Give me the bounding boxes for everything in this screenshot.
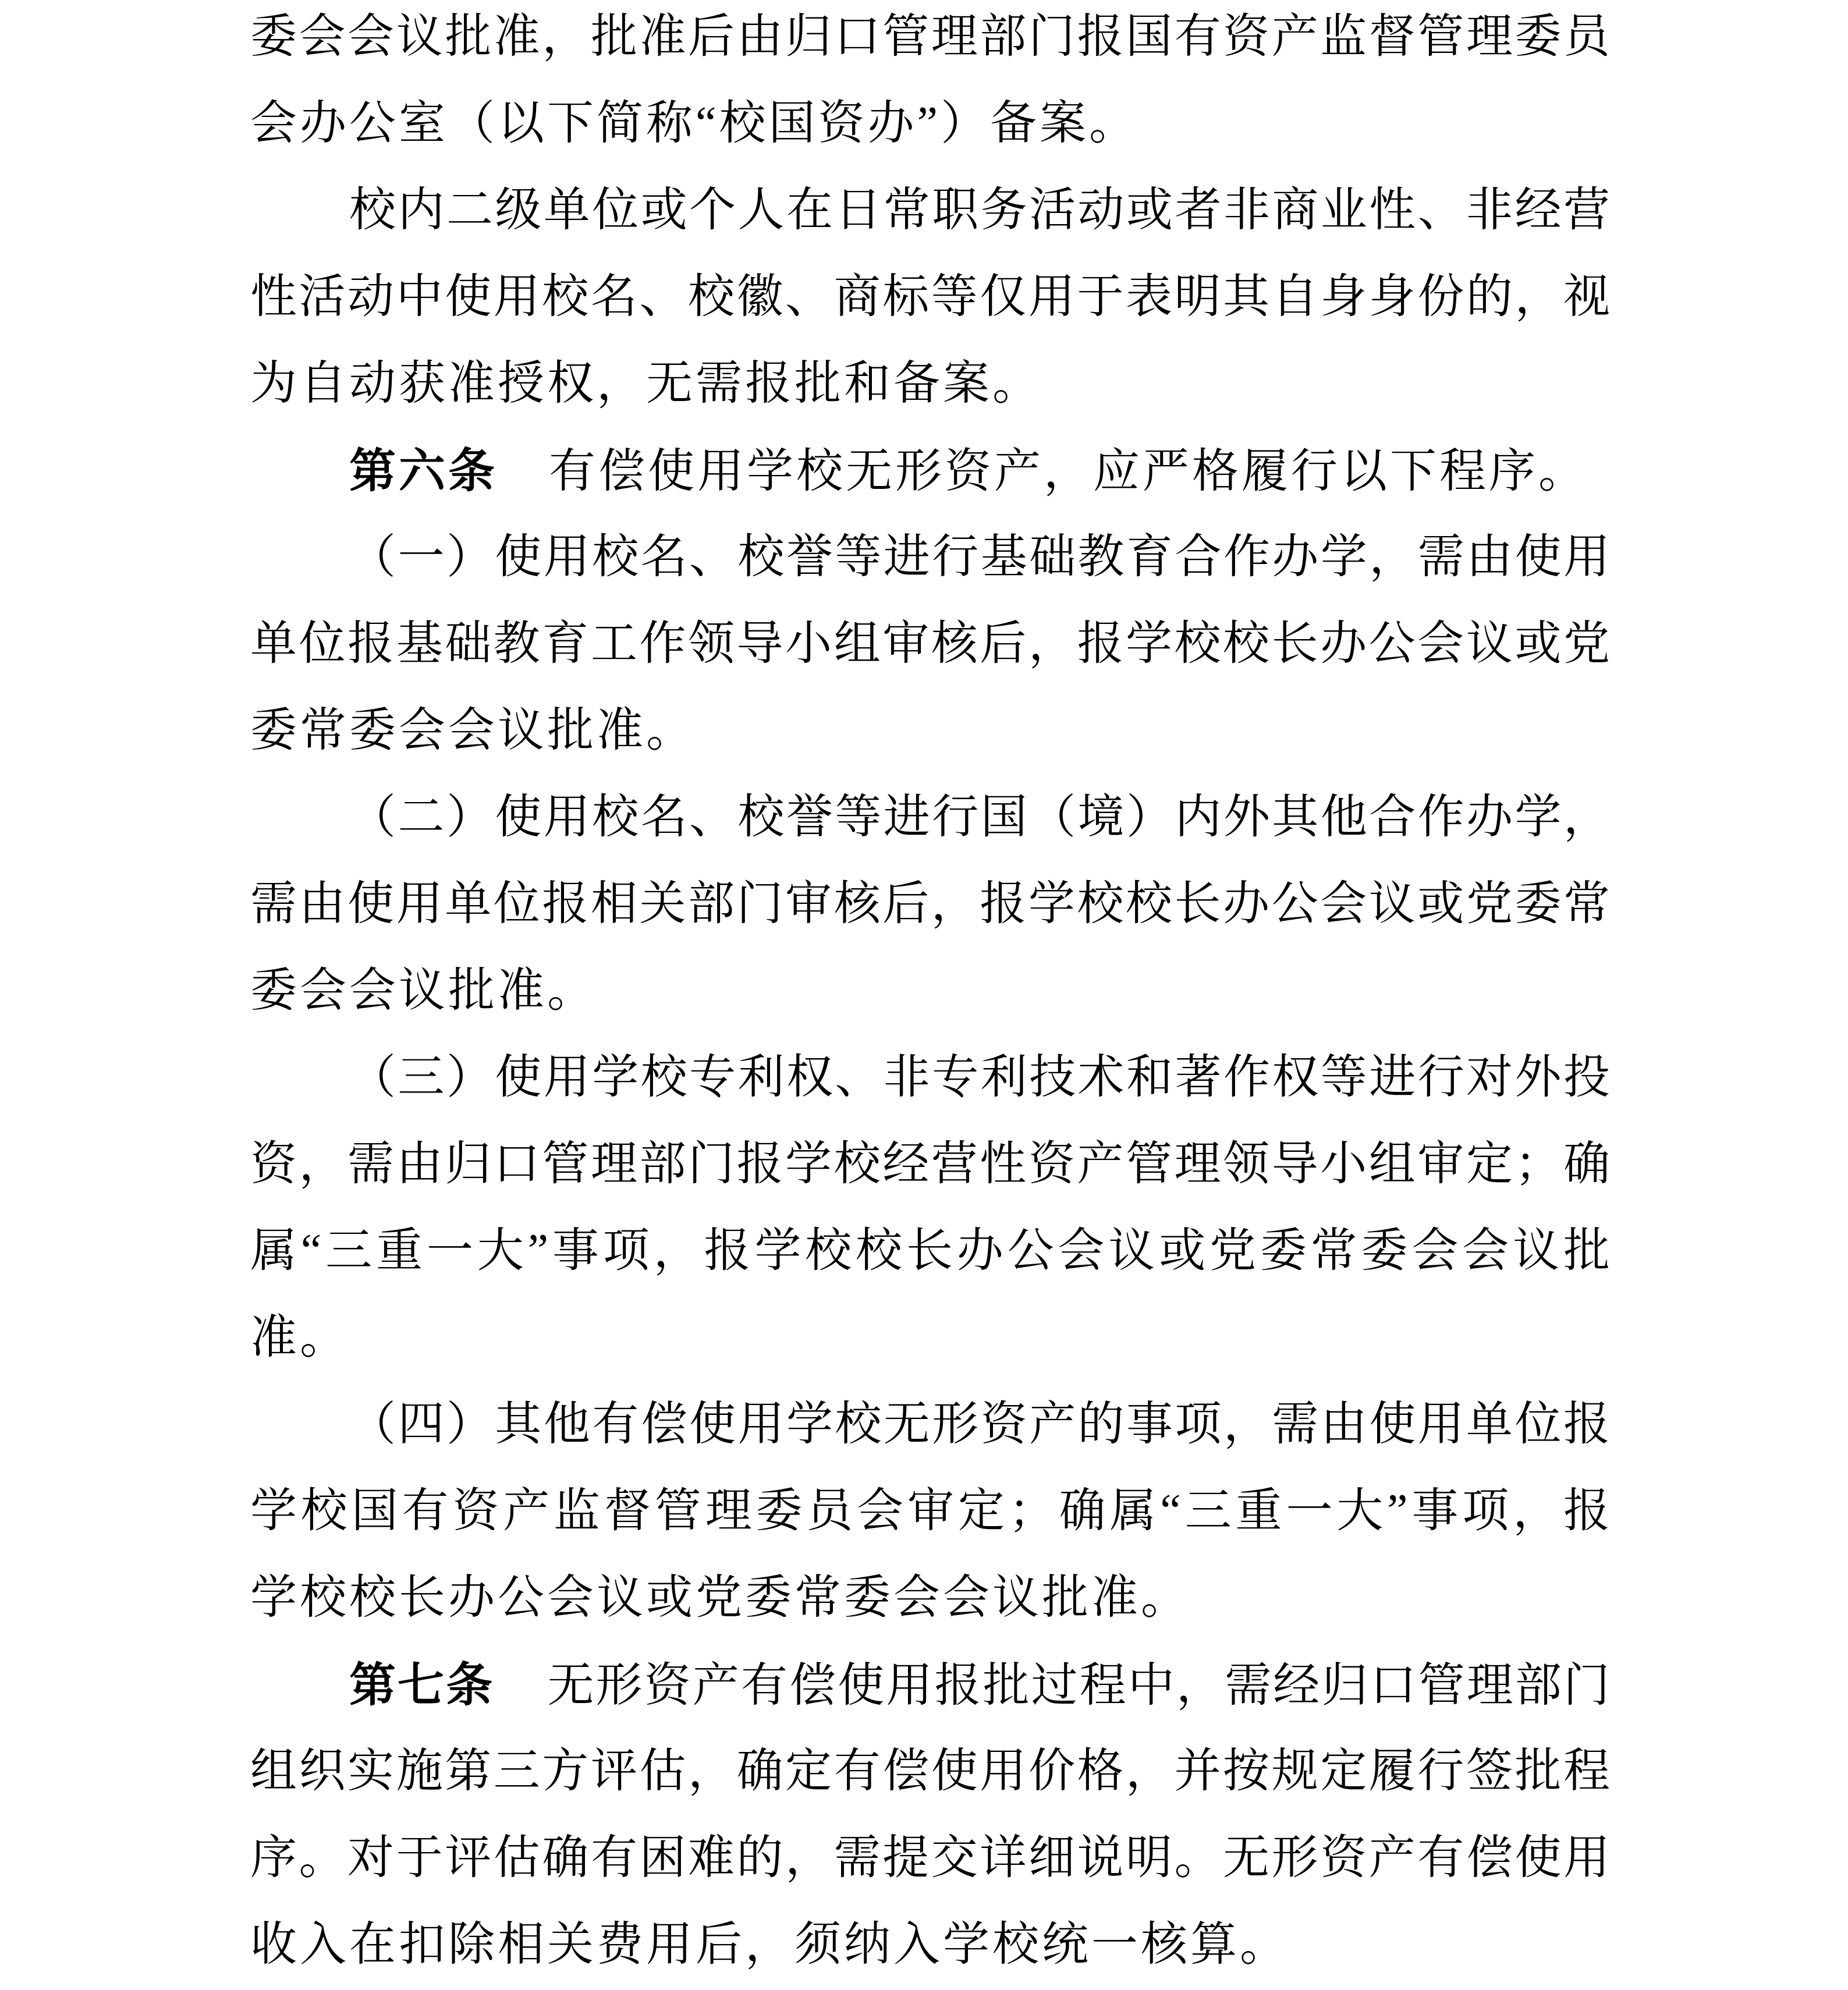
text-line: 委会会议批准，批准后由归口管理部门报国有资产监督管理委员 <box>250 0 1610 80</box>
text-line: 收入在扣除相关费用后，须纳入学校统一核算。 <box>250 1902 1610 1988</box>
text-line: 准。 <box>250 1294 1610 1381</box>
text-line: 需由使用单位报相关部门审核后，报学校校长办公会议或党委常 <box>250 861 1610 948</box>
text-line: 为自动获准授权，无需报批和备案。 <box>250 340 1610 427</box>
article-7-line: 第七条无形资产有偿使用报批过程中，需经归口管理部门 <box>349 1641 1610 1728</box>
text-line: 学校国有资产监督管理委员会审定；确属“三重一大”事项，报 <box>250 1468 1610 1555</box>
text-line: 资，需由归口管理部门报学校经营性资产管理领导小组审定；确 <box>250 1121 1610 1208</box>
text-line: 属“三重一大”事项，报学校校长办公会议或党委常委会会议批 <box>250 1208 1610 1294</box>
text-line: 校内二级单位或个人在日常职务活动或者非商业性、非经营 <box>349 167 1610 254</box>
text-line: 序。对于评估确有困难的，需提交详细说明。无形资产有偿使用 <box>250 1815 1610 1902</box>
text-line: （一）使用校名、校誉等进行基础教育合作办学，需由使用 <box>349 514 1610 601</box>
text-line: 性活动中使用校名、校徽、商标等仅用于表明其自身身份的，视 <box>250 254 1610 340</box>
text-line: 会办公室（以下简称“校国资办”）备案。 <box>250 80 1610 167</box>
article-6-text: 有偿使用学校无形资产，应严格履行以下程序。 <box>549 446 1588 497</box>
document-page: 委会会议批准，批准后由归口管理部门报国有资产监督管理委员 会办公室（以下简称“校… <box>0 0 1848 1990</box>
article-7-heading: 第七条 <box>349 1659 494 1711</box>
text-line: （四）其他有偿使用学校无形资产的事项，需由使用单位报 <box>349 1381 1610 1468</box>
text-line: 单位报基础教育工作领导小组审核后，报学校校长办公会议或党 <box>250 601 1610 687</box>
text-line: 委常委会会议批准。 <box>250 687 1610 774</box>
text-line: （三）使用学校专利权、非专利技术和著作权等进行对外投 <box>349 1034 1610 1121</box>
article-6-heading: 第六条 <box>349 445 498 496</box>
text-line: 委会会议批准。 <box>250 948 1610 1034</box>
text-line: 组织实施第三方评估，确定有偿使用价格，并按规定履行签批程 <box>250 1728 1610 1815</box>
article-6-line: 第六条有偿使用学校无形资产，应严格履行以下程序。 <box>349 427 1610 514</box>
text-line: （二）使用校名、校誉等进行国（境）内外其他合作办学， <box>349 774 1610 861</box>
article-7-text: 无形资产有偿使用报批过程中，需经归口管理部门 <box>545 1660 1610 1711</box>
text-line: 学校校长办公会议或党委常委会会议批准。 <box>250 1555 1610 1641</box>
